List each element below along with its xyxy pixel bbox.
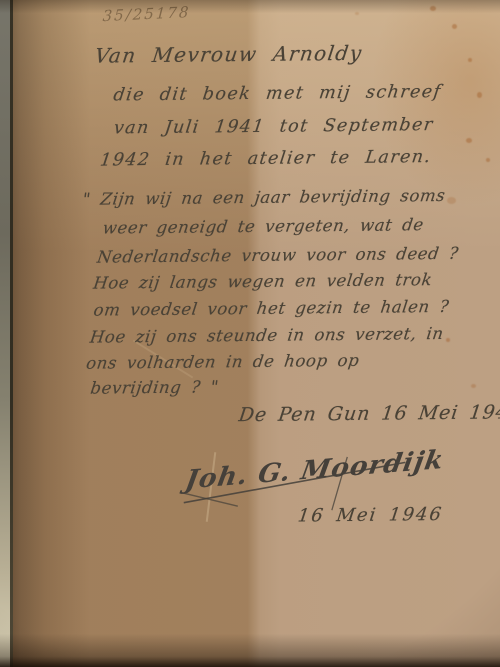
book-page-photo: 35/25178 Van Mevrouw Arnoldy die dit boe…	[0, 0, 500, 667]
photo-vignette	[0, 0, 500, 667]
